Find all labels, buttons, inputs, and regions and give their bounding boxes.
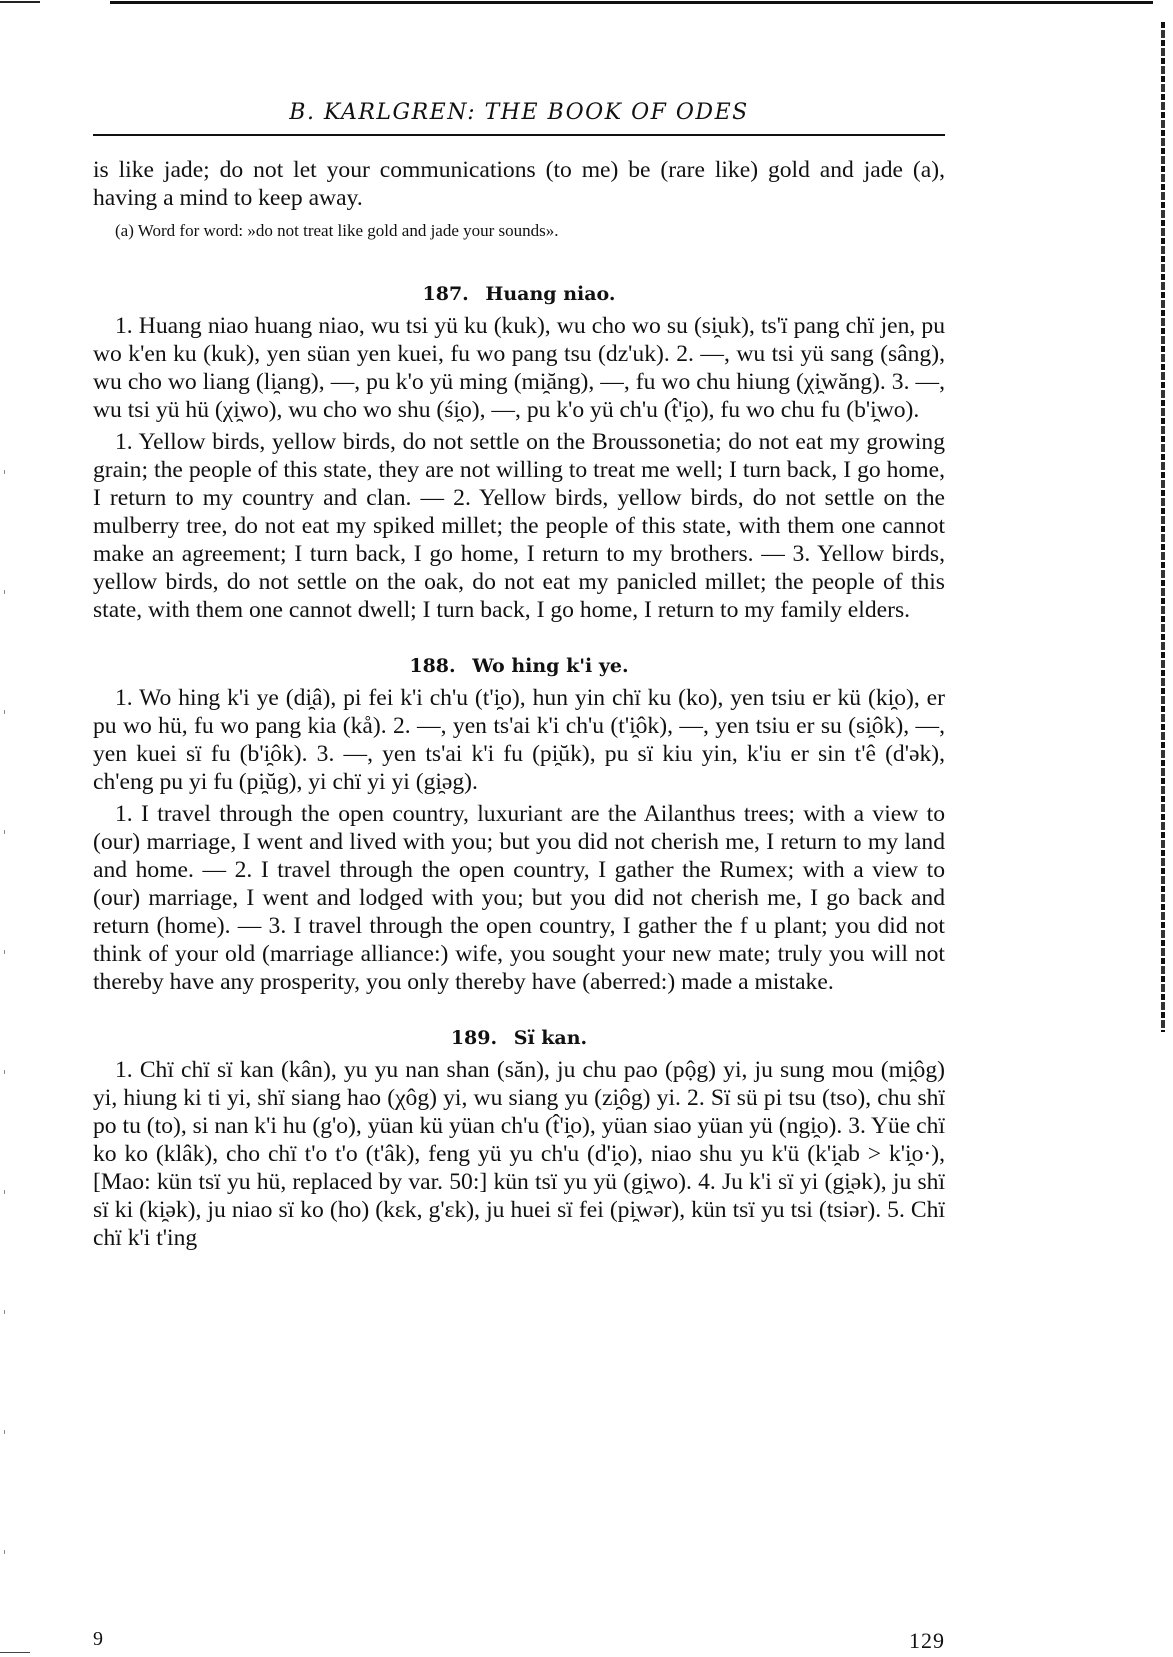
scan-binding-edge (1161, 22, 1165, 1032)
ode-number: 189. (451, 1027, 497, 1049)
ode-188: 188. Wo hing k'i ye. 1. Wo hing k'i ye (… (93, 654, 945, 996)
scan-top-edge (110, 1, 1153, 4)
ode-187: 187. Huang niao. 1. Huang niao huang nia… (93, 282, 945, 624)
ode-189: 189. Sï kan. 1. Chï chï sï kan (kân), yu… (93, 1026, 945, 1252)
section-title: 188. Wo hing k'i ye. (93, 654, 945, 678)
page-number: 129 (909, 1628, 945, 1654)
ode-title: Huang niao. (485, 283, 615, 305)
translation-paragraph: 1. I travel through the open country, lu… (93, 800, 945, 996)
transcription-paragraph: 1. Wo hing k'i ye (di̯â), pi fei k'i ch'… (93, 684, 945, 796)
transcription-paragraph: 1. Chï chï sï kan (kân), yu yu nan shan … (93, 1056, 945, 1252)
continuation-paragraph: is like jade; do not let your communicat… (93, 156, 945, 212)
book-page: B. KARLGREN: THE BOOK OF ODES is like ja… (93, 96, 945, 1252)
page-footer: 9 129 (93, 1628, 945, 1656)
ode-number: 188. (409, 655, 455, 677)
ode-title: Wo hing k'i ye. (472, 655, 628, 677)
running-title: B. KARLGREN: THE BOOK OF ODES (93, 96, 945, 134)
scan-edge-mark (0, 1652, 30, 1653)
scan-edge-mark (0, 1, 40, 3)
footnote: (a) Word for word: »do not treat like go… (93, 220, 945, 242)
section-title: 189. Sï kan. (93, 1026, 945, 1050)
transcription-paragraph: 1. Huang niao huang niao, wu tsi yü ku (… (93, 312, 945, 424)
translation-paragraph: 1. Yellow birds, yellow birds, do not se… (93, 428, 945, 624)
ode-title: Sï kan. (514, 1027, 587, 1049)
section-title: 187. Huang niao. (93, 282, 945, 306)
scan-left-edge (4, 430, 5, 1610)
ode-number: 187. (423, 283, 469, 305)
header-rule (93, 134, 945, 136)
signature-mark: 9 (93, 1628, 103, 1651)
